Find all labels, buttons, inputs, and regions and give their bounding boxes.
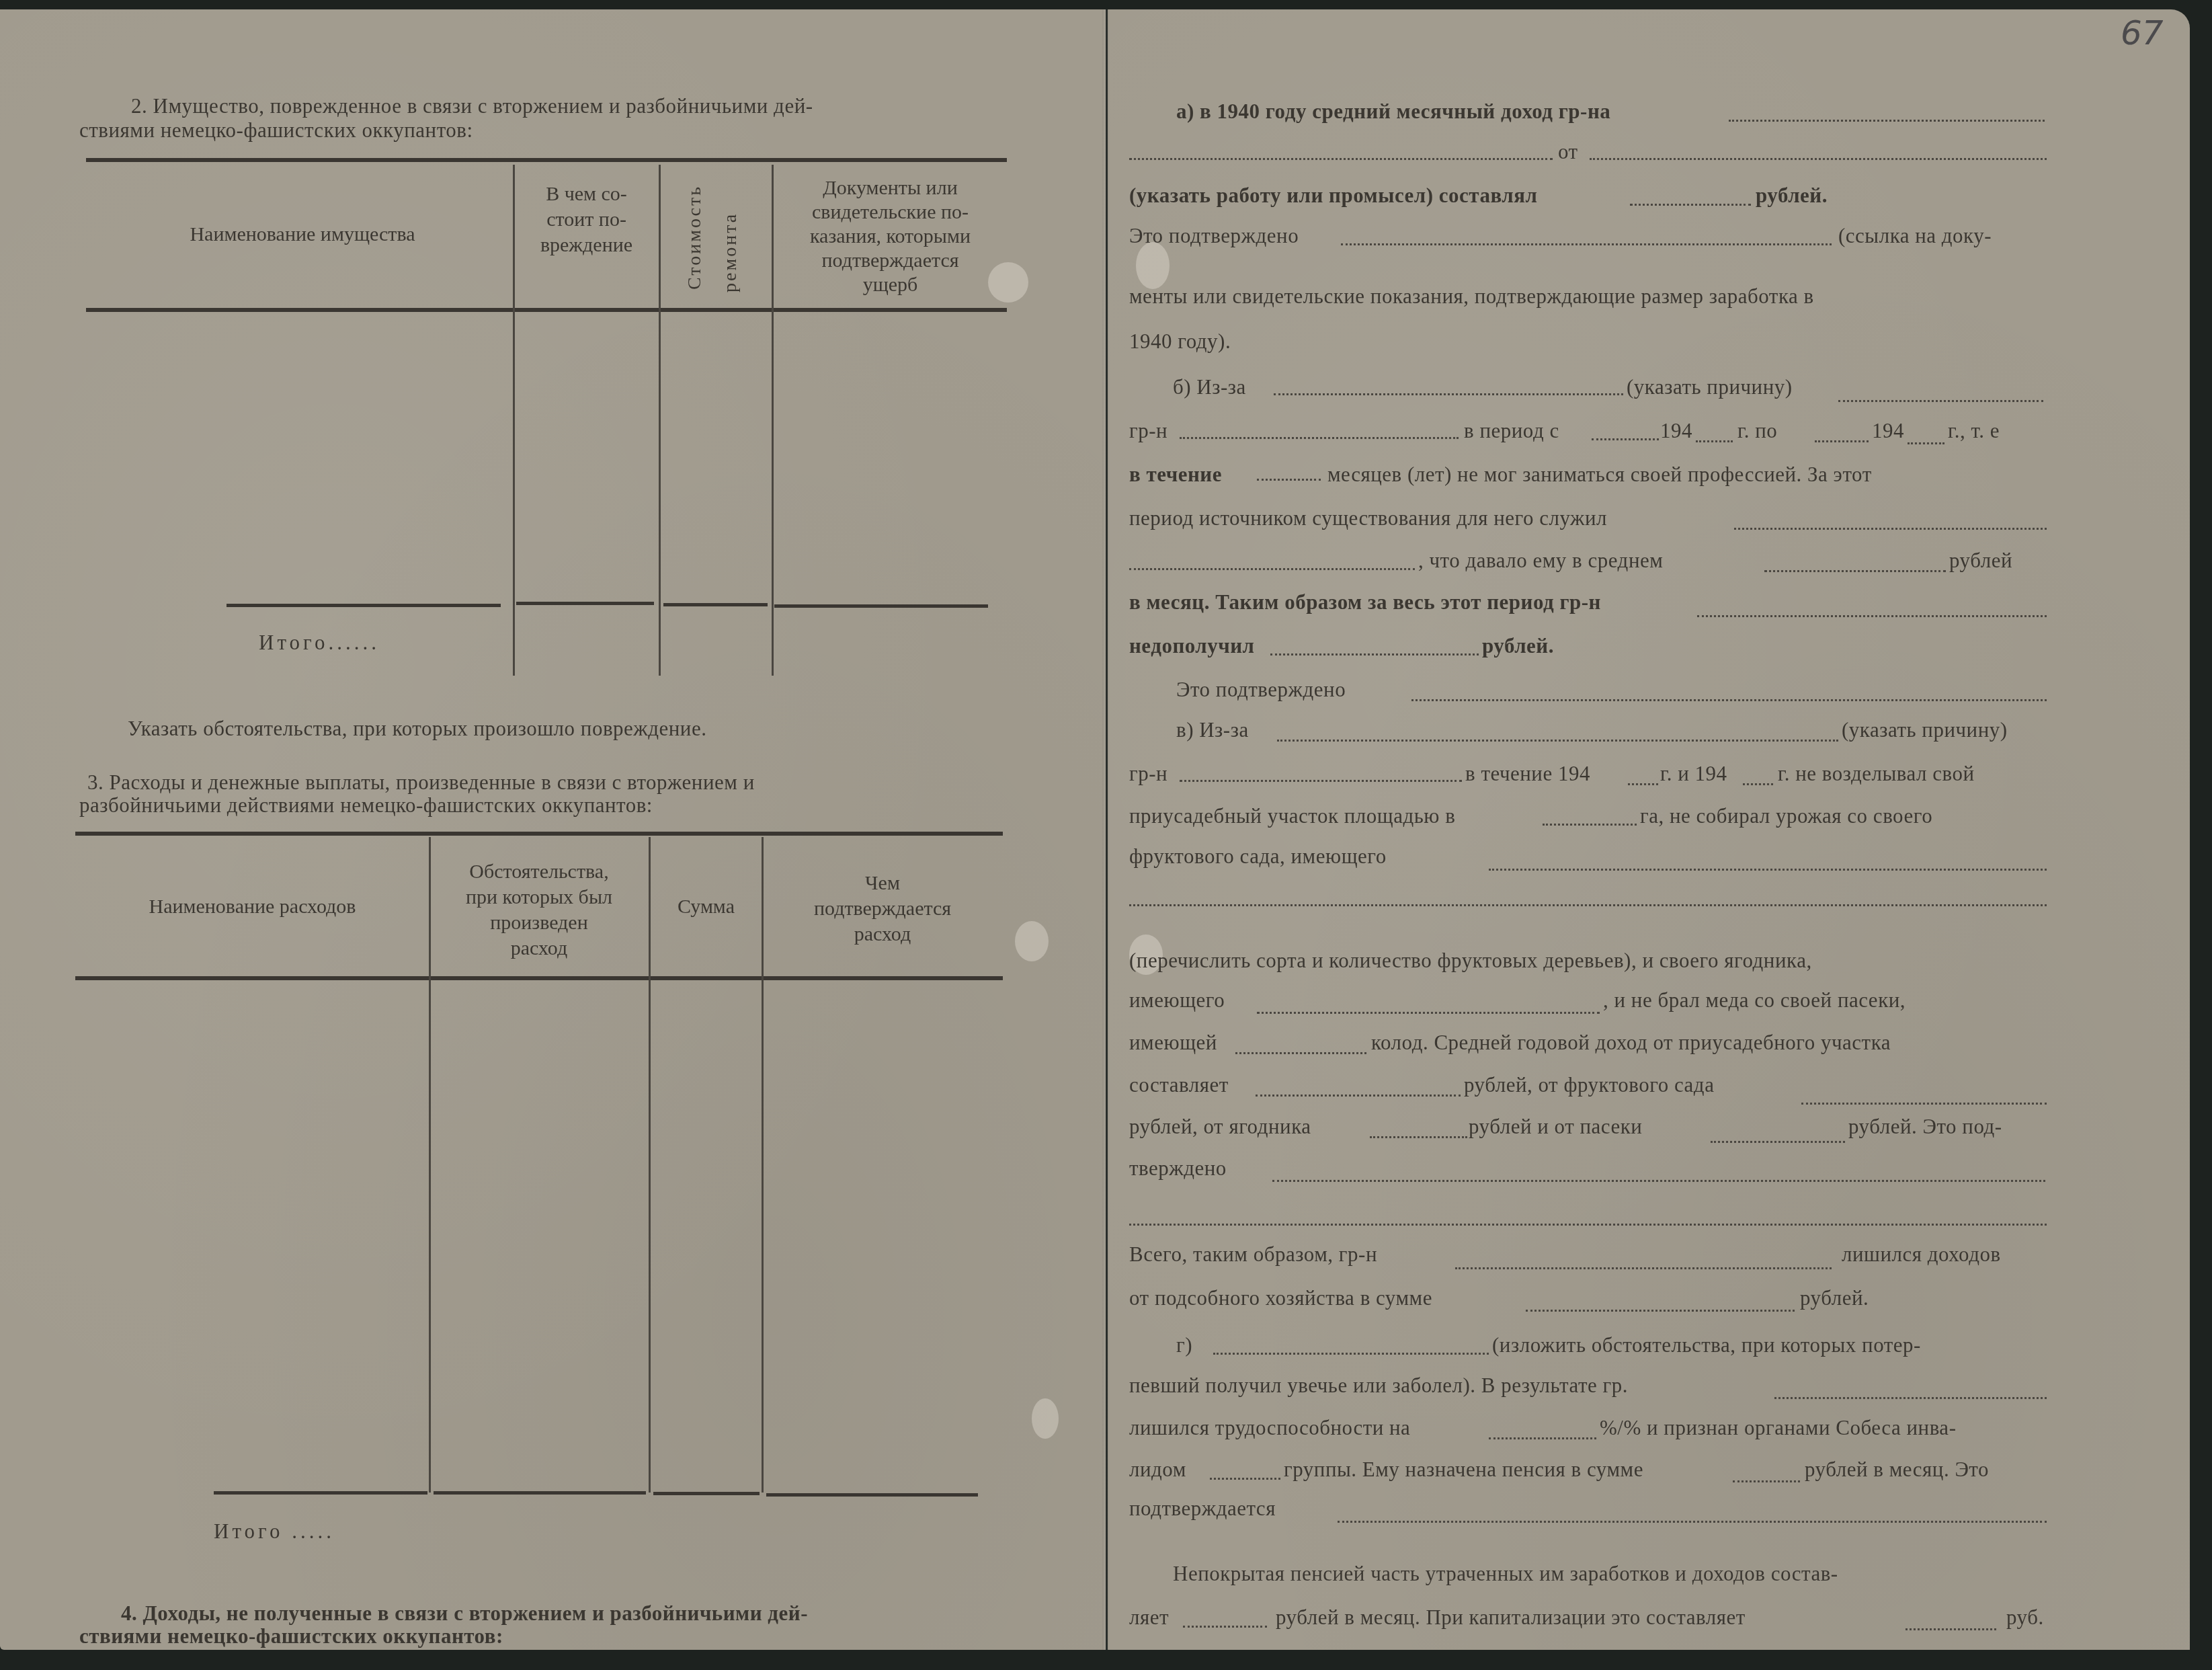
column-header-documents: Документы или свидетельские по- казания,… <box>774 176 1006 297</box>
field-date-from[interactable] <box>1592 438 1659 440</box>
field-year-2[interactable] <box>1743 783 1773 785</box>
field-months[interactable] <box>1257 479 1321 481</box>
field-reason-v[interactable] <box>1277 740 1838 742</box>
item-v-amounts: составляет <box>1129 1074 1229 1095</box>
column-divider <box>513 165 515 676</box>
total-rule <box>766 1493 978 1497</box>
field-employer[interactable] <box>1129 158 1553 160</box>
item-v-citizen: гр-н <box>1129 763 1168 784</box>
header-line: свидетельские по- <box>774 200 1006 225</box>
column-header-repair-cost-2: ремонта <box>718 202 743 303</box>
item-b-during: в течение <box>1129 464 1222 485</box>
item-v-line9-end: рублей. Это под- <box>1848 1116 2002 1137</box>
item-v-line9: рублей, от ягодника <box>1129 1116 1311 1137</box>
field-confirmation-v[interactable] <box>1272 1180 2045 1182</box>
item-b-line5: , что давало ему в среднем <box>1418 550 1663 571</box>
field-reason-cont[interactable] <box>1838 400 2043 402</box>
column-divider <box>762 837 764 1493</box>
item-g-line2: певший получил увечье или заболел). В ре… <box>1129 1375 1628 1396</box>
item-g-line5: подтверждается <box>1129 1498 1276 1519</box>
header-line: казания, которыми <box>774 225 1006 249</box>
field-average-income[interactable] <box>1764 570 1946 572</box>
column-header-circumstances: Обстоятельства, при которых был произвед… <box>432 859 647 961</box>
item-g-line4-end: рублей в месяц. Это <box>1805 1459 1989 1480</box>
header-line: подтверждается <box>774 249 1006 273</box>
book-gutter <box>1102 9 1109 1650</box>
table-top-rule <box>86 158 1007 162</box>
item-v-line11: Всего, таким образом, гр-н <box>1129 1244 1377 1265</box>
item-b-line3: месяцев (лет) не мог заниматься своей пр… <box>1327 464 1872 485</box>
field-reason[interactable] <box>1274 393 1623 395</box>
total-rule <box>653 1492 760 1495</box>
field-plot-area[interactable] <box>1543 824 1637 826</box>
section4-title-line2: ствиями немецко-фашистских оккупантов: <box>79 1626 503 1646</box>
item-b-rubles-2: рублей. <box>1482 635 1554 656</box>
header-line: Чем <box>765 871 1000 896</box>
item-v-reason-hint: (указать причину) <box>1842 719 2008 740</box>
item-v-line1: в) Из-за <box>1176 719 1249 740</box>
field-pension[interactable] <box>1733 1480 1800 1482</box>
item-g-line1: (изложить обстоятельства, при которых по… <box>1492 1335 1921 1355</box>
header-line: В чем со- <box>518 182 655 207</box>
column-divider <box>772 165 774 676</box>
field-confirmation-b[interactable] <box>1411 699 2047 701</box>
item-v-line8-end: рублей, от фруктового сада <box>1464 1074 1714 1095</box>
column-header-repair-cost-1: Стоимость <box>682 173 708 301</box>
item-b-line8: Это подтверждено <box>1176 679 1346 700</box>
item-v-line5: (перечислить сорта и количество фруктовы… <box>1129 950 1812 971</box>
field-source-of-income[interactable] <box>1734 528 2047 530</box>
item-b-citizen: гр-н <box>1129 420 1168 441</box>
paper-hole <box>1015 921 1049 961</box>
total-rule <box>516 602 654 605</box>
field-citizen-name[interactable] <box>1729 120 2045 122</box>
section2-note: Указать обстоятельства, при которых прои… <box>128 718 706 739</box>
section2-title-line2: ствиями немецко-фашистских оккупантов: <box>79 120 473 141</box>
header-line: вреждение <box>518 233 655 258</box>
item-g-line3: лишился трудоспособности на <box>1129 1417 1410 1438</box>
field-source-cont[interactable] <box>1129 568 1415 570</box>
section3-title-line2: разбойничьими действиями немецко-фашистс… <box>79 795 653 816</box>
table-top-rule <box>75 832 1003 836</box>
item-a-line4-ref: (ссылка на доку- <box>1838 225 1992 246</box>
item-a-from: от <box>1558 141 1578 162</box>
field-disability-group[interactable] <box>1210 1478 1280 1480</box>
field-citizen-v2[interactable] <box>1455 1267 1832 1269</box>
column-header-expense-name: Наименование расходов <box>79 894 425 920</box>
field-confirmation[interactable] <box>1341 243 1832 245</box>
field-beehives[interactable] <box>1235 1052 1366 1054</box>
total-label: Итого ..... <box>214 1521 335 1542</box>
field-work[interactable] <box>1590 158 2047 160</box>
field-confirmation-g[interactable] <box>1338 1521 2047 1523</box>
item-v-during: в течение 194 <box>1465 763 1590 784</box>
field-confirmation-v-cont[interactable] <box>1129 1224 2047 1226</box>
item-v-line10: тверждено <box>1129 1158 1227 1179</box>
field-capitalized[interactable] <box>1906 1628 1996 1630</box>
header-line: Обстоятельства, <box>432 859 647 885</box>
header-line: расход <box>765 922 1000 947</box>
item-a-line3: (указать работу или промысел) составлял <box>1129 185 1537 206</box>
right-page <box>1108 9 2190 1650</box>
item-a-line1: а) в 1940 году средний месячный доход гр… <box>1176 101 1610 122</box>
section4-title-line1: 4. Доходы, не полученные в связи с вторж… <box>121 1603 808 1624</box>
paper-hole <box>1136 242 1170 289</box>
item-b-ie: г., т. е <box>1948 420 2000 441</box>
handwritten-page-number: 67 <box>2121 13 2164 52</box>
section2-title-line1: 2. Имущество, поврежденное в связи с вто… <box>131 95 813 116</box>
header-line: ущерб <box>774 273 1006 297</box>
total-rule <box>774 604 988 608</box>
field-citizen[interactable] <box>1180 437 1459 439</box>
paper-hole <box>1032 1398 1059 1439</box>
item-v-rubles: рублей. <box>1800 1287 1869 1308</box>
field-citizen-v[interactable] <box>1180 780 1462 782</box>
column-header-property-name: Наименование имущества <box>94 222 511 247</box>
item-g-line3-end: %/% и признан органами Собеса инва- <box>1600 1417 1956 1438</box>
item-v-line4: фруктового сада, имеющего <box>1129 846 1387 867</box>
item-v-line11-end: лишился доходов <box>1842 1244 2001 1265</box>
table-header-rule <box>86 308 1007 312</box>
item-b-year-to: 194 <box>1872 420 1904 441</box>
field-apiary-income[interactable] <box>1711 1141 1845 1143</box>
field-plot-income[interactable] <box>1256 1095 1461 1097</box>
item-v-having-2: имеющей <box>1129 1032 1217 1053</box>
field-uncovered-monthly[interactable] <box>1183 1626 1267 1628</box>
item-b-rubles: рублей <box>1949 550 2012 571</box>
header-line: расход <box>432 936 647 961</box>
field-orchard-income[interactable] <box>1801 1103 2047 1105</box>
item-v-line7-end: колод. Средней годовой доход от приусаде… <box>1371 1032 1891 1053</box>
field-berry-income[interactable] <box>1370 1136 1467 1138</box>
item-a-line4: Это подтверждено <box>1129 225 1299 246</box>
field-orchard-cont[interactable] <box>1129 904 2047 906</box>
item-g-invalid: лидом <box>1129 1459 1186 1480</box>
item-b-line4: период источником существования для него… <box>1129 508 1607 528</box>
summary-line1: Непокрытая пенсией часть утраченных им з… <box>1173 1563 1838 1584</box>
item-b-reason-hint: (указать причину) <box>1627 376 1793 397</box>
item-v-line3-end: га, не собирал урожая со своего <box>1640 805 1932 826</box>
item-v-line2-end: г. не возделывал свой <box>1778 763 1975 784</box>
item-b-to: г. по <box>1737 420 1777 441</box>
column-divider <box>659 165 661 676</box>
column-divider <box>429 837 431 1493</box>
total-rule <box>214 1491 427 1495</box>
summary-line2-start: ляет <box>1129 1607 1169 1628</box>
field-berry-garden[interactable] <box>1257 1012 1600 1014</box>
summary-line2-mid: рублей в месяц. При капитализации это со… <box>1276 1607 1746 1628</box>
field-citizen-2[interactable] <box>1697 615 2047 617</box>
total-rule <box>227 604 501 607</box>
table-header-rule <box>75 976 1003 980</box>
total-rule <box>663 603 768 606</box>
item-b-period: в период с <box>1464 420 1559 441</box>
field-monthly-income[interactable] <box>1630 204 1751 206</box>
column-header-damage: В чем со- стоит по- вреждение <box>518 182 655 258</box>
item-v-having: имеющего <box>1129 990 1225 1010</box>
column-header-evidence: Чем подтверждается расход <box>765 871 1000 947</box>
item-v-line3: приусадебный участок площадью в <box>1129 805 1455 826</box>
field-date-to[interactable] <box>1815 440 1869 442</box>
field-disability-percent[interactable] <box>1489 1437 1596 1439</box>
item-b-line6: в месяц. Таким образом за весь этот пери… <box>1129 592 1601 612</box>
summary-rub: руб. <box>2006 1607 2044 1628</box>
item-b-line1: б) Из-за <box>1173 376 1246 397</box>
item-b-underpaid: недополучил <box>1129 635 1254 656</box>
header-line: при которых был <box>432 885 647 910</box>
item-v-and: г. и 194 <box>1660 763 1727 784</box>
item-v-line12: от подсобного хозяйства в сумме <box>1129 1287 1432 1308</box>
header-line: подтверждается <box>765 896 1000 922</box>
section3-title-line1: 3. Расходы и денежные выплаты, произведе… <box>87 772 755 793</box>
field-year-1[interactable] <box>1628 783 1658 785</box>
column-header-amount: Сумма <box>651 894 762 920</box>
header-line: стоит по- <box>518 207 655 233</box>
item-a-rubles: рублей. <box>1756 185 1828 206</box>
field-circumstances[interactable] <box>1213 1353 1489 1355</box>
field-underpaid[interactable] <box>1270 653 1479 655</box>
column-divider <box>649 837 651 1493</box>
field-year-from[interactable] <box>1696 440 1733 442</box>
header-line: Документы или <box>774 176 1006 200</box>
field-year-to[interactable] <box>1908 442 1944 444</box>
header-line: произведен <box>432 910 647 936</box>
item-g-label: г) <box>1176 1335 1192 1355</box>
field-citizen-g[interactable] <box>1774 1397 2047 1399</box>
total-label: Итого...... <box>259 632 380 653</box>
field-orchard[interactable] <box>1489 869 2047 871</box>
field-lost-income[interactable] <box>1526 1310 1795 1312</box>
item-b-year-from: 194 <box>1660 420 1692 441</box>
item-a-line5: менты или свидетельские показания, подтв… <box>1129 286 1814 307</box>
item-v-line6-end: , и не брал меда со своей пасеки, <box>1603 990 1906 1010</box>
item-g-line4: группы. Ему назначена пенсия в сумме <box>1284 1459 1643 1480</box>
item-a-line6: 1940 году). <box>1129 331 1231 352</box>
item-v-line9-mid: рублей и от пасеки <box>1469 1116 1642 1137</box>
total-rule <box>434 1491 646 1495</box>
